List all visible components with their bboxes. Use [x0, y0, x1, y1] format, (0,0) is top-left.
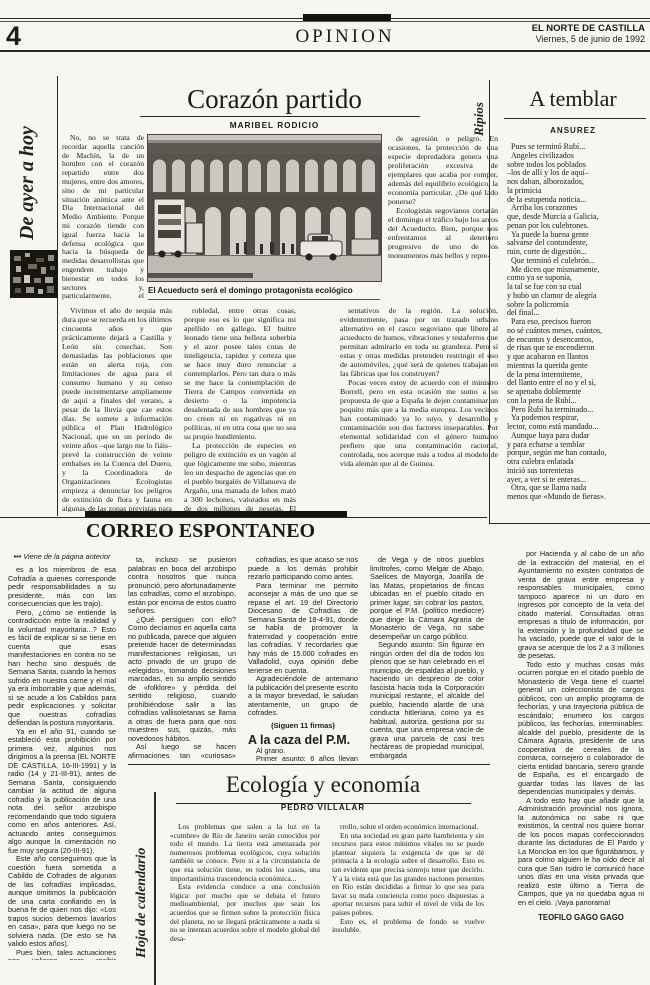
- correo-title: CORREO ESPONTANEO: [86, 519, 386, 543]
- ecologia-column-1: Los problemas que salen a la luz en la «…: [170, 823, 320, 983]
- article-column-3-bottom: sentativos de la región. La solución, ev…: [340, 306, 498, 512]
- correo-title-bar: [85, 511, 347, 517]
- correo-column-3: cofradías, es que acaso se nos puede a l…: [248, 556, 358, 718]
- rail-decoration-image: [10, 250, 58, 298]
- divider: [0, 50, 650, 52]
- divider: [148, 299, 380, 300]
- temblar-byline: ANSUREZ: [498, 126, 648, 135]
- page-number: 4: [6, 22, 21, 50]
- caza-intro: Al grano.Primer asunto: 6 años llevan lo…: [248, 747, 358, 763]
- newspaper-page: 4 OPINION EL NORTE DE CASTILLA Viernes, …: [0, 0, 650, 985]
- aqueduct-photo: [147, 134, 382, 282]
- aqueduct-photo-graphic: [148, 135, 381, 281]
- temblar-headline: A temblar: [498, 86, 648, 112]
- correo-column-4: de Vega y de otros pueblos limítrofes, c…: [370, 556, 484, 762]
- teofilo-signature: TEOFILO GAGO GAGO: [518, 913, 644, 922]
- divider: [140, 116, 420, 117]
- ecologia-byline: PEDRO VILLALAR: [163, 803, 483, 812]
- photo-caption: El Acueducto será el domingo protagonist…: [148, 286, 380, 295]
- continuation-bullets: •••: [14, 552, 22, 561]
- article-column-3-top: de agresión o peligro. En ocasiones, la …: [388, 134, 498, 300]
- ecologia-headline: Ecología y economía: [163, 771, 483, 798]
- article-byline: MARIBEL RODICIO: [62, 121, 487, 130]
- divider: [176, 803, 471, 804]
- article-column-1-bottom: Vivimos el año de sequía más dura que se…: [62, 306, 172, 512]
- article-column-2: robledal, entre otras cosas, porque eso …: [184, 306, 296, 512]
- vertical-label-ripios: Ripios: [471, 102, 487, 136]
- rail-decoration-graphic: [10, 250, 58, 298]
- vertical-label-de-ayer-a-hoy: De ayer a hoy: [16, 126, 39, 240]
- divider: [489, 523, 650, 524]
- temblar-poem: Pues se terminó Rubí... Angeles civiliza…: [507, 143, 647, 505]
- divider: [0, 517, 487, 518]
- ecologia-column-2: rrollo, sobre el orden económico interna…: [332, 823, 484, 983]
- divider: [0, 21, 650, 22]
- signatures-note: (Siguen 11 firmas): [248, 721, 358, 730]
- masthead-title: EL NORTE DE CASTILLA: [425, 23, 645, 34]
- correo-column-1: es a los miembros de esa Cofradía a quie…: [8, 566, 116, 960]
- section-tab-bar: [303, 14, 391, 21]
- caza-headline: A la caza del P.M.: [248, 733, 358, 747]
- continuation-note: Viene de la página anterior: [23, 552, 110, 561]
- masthead-date: Viernes, 5 de junio de 1992: [425, 34, 645, 45]
- article-column-1-top: No, no se trata de recordar aquella canc…: [62, 134, 144, 300]
- correo-column-5: por Hacienda y al cabo de un año de la e…: [518, 550, 644, 907]
- article-headline: Corazón partido: [62, 84, 487, 114]
- vertical-label-hoja-de-calendario: Hoja de calendario: [134, 848, 150, 958]
- divider: [154, 792, 156, 985]
- divider: [489, 80, 490, 523]
- correo-column-2: ta, incluso se pusieron palabras en boca…: [128, 556, 236, 760]
- divider: [504, 118, 646, 119]
- ecologia-box: Ecología y economía PEDRO VILLALAR Los p…: [128, 764, 490, 985]
